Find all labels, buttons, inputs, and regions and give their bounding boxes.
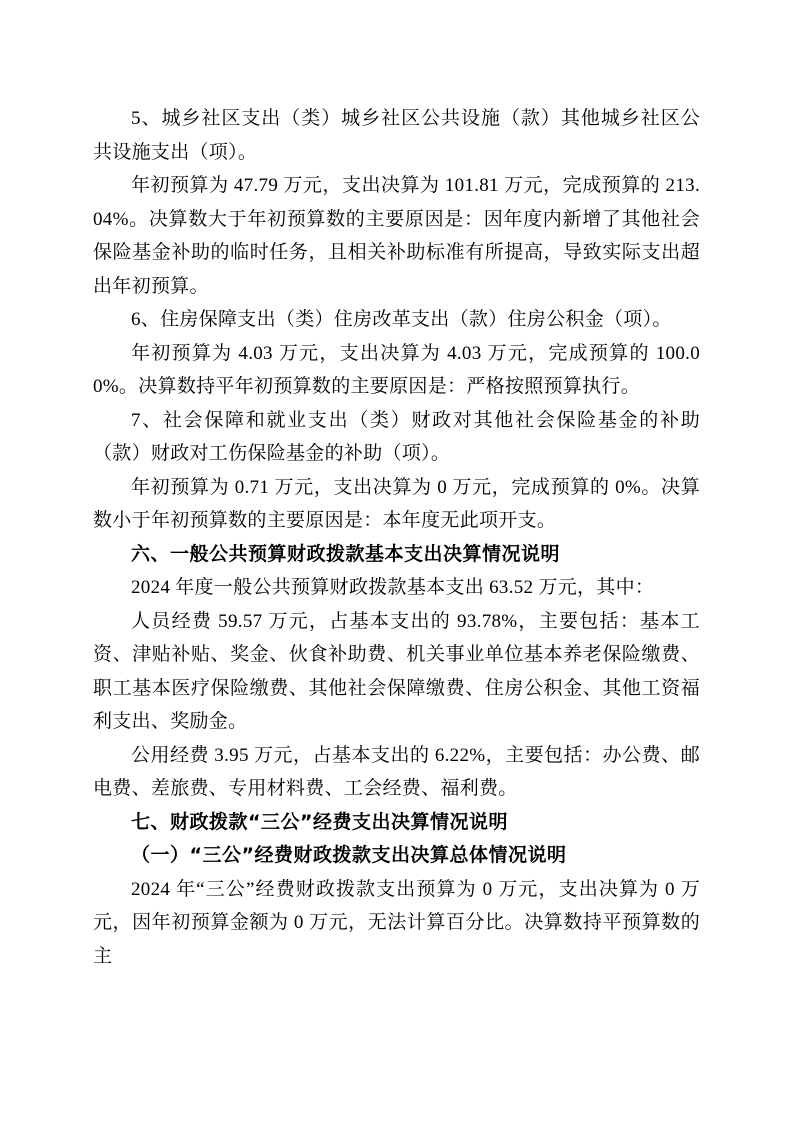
paragraph: 年初预算为 0.71 万元，支出决算为 0 万元，完成预算的 0%。决算数小于年… <box>93 471 700 538</box>
paragraph: 年初预算为 4.03 万元，支出决算为 4.03 万元，完成预算的 100.00… <box>93 337 700 404</box>
document-page: 5、城乡社区支出（类）城乡社区公共设施（款）其他城乡社区公共设施支出（项）。年初… <box>0 0 793 1122</box>
paragraph: 2024 年“三公”经费财政拨款支出预算为 0 万元，支出决算为 0 万元，因年… <box>93 873 700 974</box>
paragraph: 5、城乡社区支出（类）城乡社区公共设施（款）其他城乡社区公共设施支出（项）。 <box>93 102 700 169</box>
document-body: 5、城乡社区支出（类）城乡社区公共设施（款）其他城乡社区公共设施支出（项）。年初… <box>0 0 793 973</box>
paragraph: 6、住房保障支出（类）住房改革支出（款）住房公积金（项）。 <box>93 303 700 337</box>
section-heading: （一）“三公”经费财政拨款支出决算总体情况说明 <box>93 839 700 873</box>
paragraph: 人员经费 59.57 万元，占基本支出的 93.78%，主要包括：基本工资、津贴… <box>93 605 700 739</box>
paragraph: 7、社会保障和就业支出（类）财政对其他社会保险基金的补助（款）财政对工伤保险基金… <box>93 404 700 471</box>
section-heading: 七、财政拨款“三公”经费支出决算情况说明 <box>93 806 700 840</box>
paragraph: 公用经费 3.95 万元，占基本支出的 6.22%，主要包括：办公费、邮电费、差… <box>93 739 700 806</box>
paragraph: 2024 年度一般公共预算财政拨款基本支出 63.52 万元，其中： <box>93 571 700 605</box>
paragraph: 年初预算为 47.79 万元，支出决算为 101.81 万元，完成预算的 213… <box>93 169 700 303</box>
section-heading: 六、一般公共预算财政拨款基本支出决算情况说明 <box>93 538 700 572</box>
